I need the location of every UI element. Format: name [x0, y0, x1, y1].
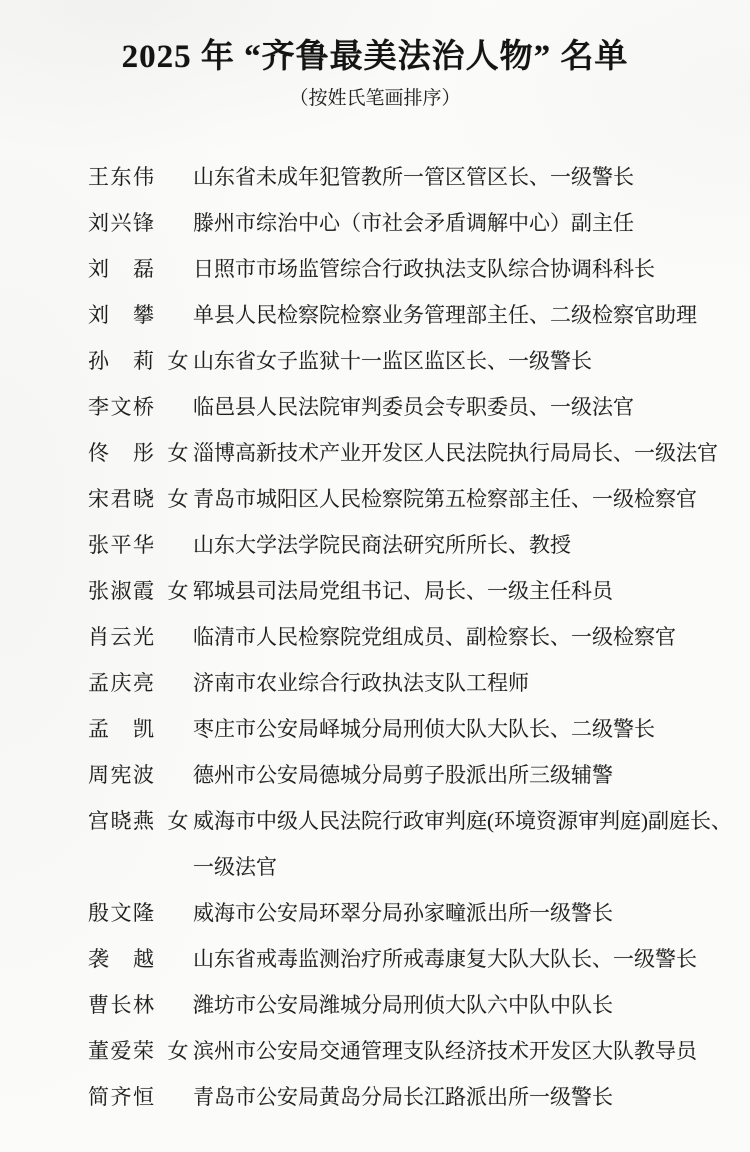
honoree-position: 枣庄市公安局峄城分局刑侦大队大队长、二级警长: [193, 706, 720, 752]
list-entry: 袭越山东省戒毒监测治疗所戒毒康复大队大队长、一级警长: [88, 936, 720, 982]
page-title: 2025 年 “齐鲁最美法治人物” 名单: [0, 0, 750, 77]
list-entry: 孙莉女山东省女子监狱十一监区监区长、一级警长: [88, 338, 720, 384]
list-entry: 宫晓燕女威海市中级人民法院行政审判庭(环境资源审判庭)副庭长、一级法官: [88, 798, 720, 890]
honoree-position: 滕州市综治中心（市社会矛盾调解中心）副主任: [193, 200, 720, 246]
honoree-name: 刘攀: [88, 292, 154, 338]
honoree-position: 滨州市公安局交通管理支队经济技术开发区大队教导员: [193, 1028, 720, 1074]
honoree-position-line: 淄博高新技术产业开发区人民法院执行局局长、一级法官: [193, 430, 720, 476]
honoree-name: 简齐恒: [88, 1074, 154, 1120]
honoree-position-line: 山东大学法学院民商法研究所所长、教授: [193, 522, 720, 568]
honoree-position-line: 山东省女子监狱十一监区监区长、一级警长: [193, 338, 720, 384]
page-subtitle: （按姓氏笔画排序）: [0, 86, 750, 112]
list-entry: 孟凯枣庄市公安局峄城分局刑侦大队大队长、二级警长: [88, 706, 720, 752]
honoree-position: 山东省戒毒监测治疗所戒毒康复大队大队长、一级警长: [193, 936, 720, 982]
honoree-position: 山东省未成年犯管教所一管区管区长、一级警长: [193, 154, 720, 200]
honoree-position-line: 临邑县人民法院审判委员会专职委员、一级法官: [193, 384, 720, 430]
honoree-name: 殷文隆: [88, 890, 154, 936]
gender-label: 女: [167, 798, 189, 844]
list-entry: 刘攀单县人民检察院检察业务管理部主任、二级检察官助理: [88, 292, 720, 338]
honoree-position: 青岛市城阳区人民检察院第五检察部主任、一级检察官: [193, 476, 720, 522]
honoree-position: 临邑县人民法院审判委员会专职委员、一级法官: [193, 384, 720, 430]
honoree-position-line: 青岛市城阳区人民检察院第五检察部主任、一级检察官: [193, 476, 720, 522]
list-entry: 李文桥临邑县人民法院审判委员会专职委员、一级法官: [88, 384, 720, 430]
list-entry: 宋君晓女青岛市城阳区人民检察院第五检察部主任、一级检察官: [88, 476, 720, 522]
honoree-position: 日照市市场监管综合行政执法支队综合协调科科长: [193, 246, 720, 292]
honoree-position-line: 滨州市公安局交通管理支队经济技术开发区大队教导员: [193, 1028, 720, 1074]
honoree-position: 德州市公安局德城分局剪子股派出所三级辅警: [193, 752, 720, 798]
list-entry: 殷文隆威海市公安局环翠分局孙家疃派出所一级警长: [88, 890, 720, 936]
honoree-position: 威海市公安局环翠分局孙家疃派出所一级警长: [193, 890, 720, 936]
list-entry: 肖云光临清市人民检察院党组成员、副检察长、一级检察官: [88, 614, 720, 660]
honoree-name: 佟彤: [88, 430, 154, 476]
honoree-position: 郓城县司法局党组书记、局长、一级主任科员: [193, 568, 720, 614]
honoree-name: 刘磊: [88, 246, 154, 292]
honoree-position: 威海市中级人民法院行政审判庭(环境资源审判庭)副庭长、一级法官: [193, 798, 732, 890]
list-entry: 孟庆亮济南市农业综合行政执法支队工程师: [88, 660, 720, 706]
honoree-name: 孟凯: [88, 706, 154, 752]
list-entry: 佟彤女淄博高新技术产业开发区人民法院执行局局长、一级法官: [88, 430, 720, 476]
list-entry: 刘磊日照市市场监管综合行政执法支队综合协调科科长: [88, 246, 720, 292]
document-page: 2025 年 “齐鲁最美法治人物” 名单 （按姓氏笔画排序） 王东伟山东省未成年…: [0, 0, 750, 1152]
honoree-position: 济南市农业综合行政执法支队工程师: [193, 660, 720, 706]
honoree-name: 曹长林: [88, 982, 154, 1028]
gender-label: 女: [167, 476, 189, 522]
honoree-position-line: 单县人民检察院检察业务管理部主任、二级检察官助理: [193, 292, 720, 338]
honoree-name: 王东伟: [88, 154, 154, 200]
honoree-position: 临清市人民检察院党组成员、副检察长、一级检察官: [193, 614, 720, 660]
honoree-name: 肖云光: [88, 614, 154, 660]
honoree-list: 王东伟山东省未成年犯管教所一管区管区长、一级警长刘兴锋滕州市综治中心（市社会矛盾…: [0, 154, 750, 1120]
honoree-name: 刘兴锋: [88, 200, 154, 246]
gender-label: 女: [167, 1028, 189, 1074]
honoree-position-line: 青岛市公安局黄岛分局长江路派出所一级警长: [193, 1074, 720, 1120]
honoree-position: 青岛市公安局黄岛分局长江路派出所一级警长: [193, 1074, 720, 1120]
list-entry: 周宪波德州市公安局德城分局剪子股派出所三级辅警: [88, 752, 720, 798]
honoree-name: 张平华: [88, 522, 154, 568]
honoree-name: 宋君晓: [88, 476, 154, 522]
honoree-name: 董爱荣: [88, 1028, 154, 1074]
honoree-position-line: 潍坊市公安局潍城分局刑侦大队六中队中队长: [193, 982, 720, 1028]
list-entry: 简齐恒青岛市公安局黄岛分局长江路派出所一级警长: [88, 1074, 720, 1120]
honoree-position-line: 临清市人民检察院党组成员、副检察长、一级检察官: [193, 614, 720, 660]
list-entry: 张淑霞女郓城县司法局党组书记、局长、一级主任科员: [88, 568, 720, 614]
honoree-position-line: 山东省戒毒监测治疗所戒毒康复大队大队长、一级警长: [193, 936, 720, 982]
list-entry: 董爱荣女滨州市公安局交通管理支队经济技术开发区大队教导员: [88, 1028, 720, 1074]
honoree-position: 山东省女子监狱十一监区监区长、一级警长: [193, 338, 720, 384]
honoree-position-line: 威海市公安局环翠分局孙家疃派出所一级警长: [193, 890, 720, 936]
honoree-position-line: 威海市中级人民法院行政审判庭(环境资源审判庭)副庭长、: [193, 798, 732, 844]
honoree-position: 单县人民检察院检察业务管理部主任、二级检察官助理: [193, 292, 720, 338]
honoree-position-line: 郓城县司法局党组书记、局长、一级主任科员: [193, 568, 720, 614]
honoree-position: 潍坊市公安局潍城分局刑侦大队六中队中队长: [193, 982, 720, 1028]
honoree-name: 周宪波: [88, 752, 154, 798]
honoree-name: 张淑霞: [88, 568, 154, 614]
honoree-name: 宫晓燕: [88, 798, 154, 844]
honoree-name: 李文桥: [88, 384, 154, 430]
honoree-position-line: 济南市农业综合行政执法支队工程师: [193, 660, 720, 706]
gender-label: 女: [167, 568, 189, 614]
honoree-name: 孙莉: [88, 338, 154, 384]
list-entry: 王东伟山东省未成年犯管教所一管区管区长、一级警长: [88, 154, 720, 200]
honoree-position-line: 枣庄市公安局峄城分局刑侦大队大队长、二级警长: [193, 706, 720, 752]
list-entry: 曹长林潍坊市公安局潍城分局刑侦大队六中队中队长: [88, 982, 720, 1028]
honoree-position: 淄博高新技术产业开发区人民法院执行局局长、一级法官: [193, 430, 720, 476]
honoree-position: 山东大学法学院民商法研究所所长、教授: [193, 522, 720, 568]
honoree-position-line: 日照市市场监管综合行政执法支队综合协调科科长: [193, 246, 720, 292]
list-entry: 张平华山东大学法学院民商法研究所所长、教授: [88, 522, 720, 568]
honoree-position-line: 德州市公安局德城分局剪子股派出所三级辅警: [193, 752, 720, 798]
gender-label: 女: [167, 338, 189, 384]
honoree-name: 袭越: [88, 936, 154, 982]
honoree-name: 孟庆亮: [88, 660, 154, 706]
honoree-position-line: 一级法官: [193, 844, 732, 890]
list-entry: 刘兴锋滕州市综治中心（市社会矛盾调解中心）副主任: [88, 200, 720, 246]
honoree-position-line: 滕州市综治中心（市社会矛盾调解中心）副主任: [193, 200, 720, 246]
gender-label: 女: [167, 430, 189, 476]
honoree-position-line: 山东省未成年犯管教所一管区管区长、一级警长: [193, 154, 720, 200]
